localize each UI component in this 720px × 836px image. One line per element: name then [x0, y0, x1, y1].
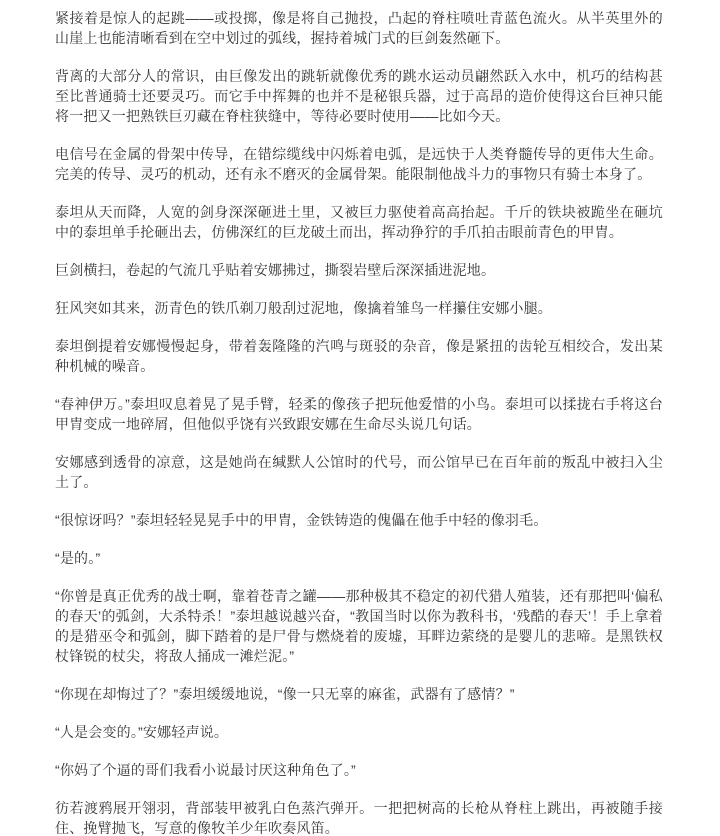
story-paragraph: 彷若渡鸦展开翎羽，背部装甲被乳白色蒸汽弹开。一把把树高的长枪从脊柱上跳出，再被随… [55, 798, 663, 836]
story-paragraph: 紧接着是惊人的起跳——或投掷，像是将自己抛投，凸起的脊柱喷吐青蓝色流火。从半英里… [55, 8, 663, 48]
story-paragraph: “很惊讶吗？”泰坦轻轻晃晃手中的甲胄，金铁铸造的傀儡在他手中轻的像羽毛。 [55, 510, 663, 530]
story-paragraph: 巨剑横扫，卷起的气流几乎贴着安娜拂过，撕裂岩壁后深深插进泥地。 [55, 260, 663, 280]
story-paragraph: “春神伊万。”泰坦叹息着晃了晃手臂，轻柔的像孩子把玩他爱惜的小鸟。泰坦可以揉拢右… [55, 394, 663, 434]
story-paragraph: 电信号在金属的骨架中传导，在错综缆线中闪烁着电弧，是远快于人类脊髓传导的更伟大生… [55, 144, 663, 184]
story-paragraph: “是的。” [55, 548, 663, 568]
story-paragraph: 背离的大部分人的常识，由巨像发出的跳斩就像优秀的跳水运动员翩然跃入水中，机巧的结… [55, 66, 663, 126]
story-paragraph: 泰坦从天而降，人宽的剑身深深砸进土里，又被巨力驱使着高高抬起。千斤的铁块被跪坐在… [55, 202, 663, 242]
novel-reader-page: 紧接着是惊人的起跳——或投掷，像是将自己抛投，凸起的脊柱喷吐青蓝色流火。从半英里… [0, 0, 720, 836]
story-paragraph: 狂风突如其来，沥青色的铁爪剃刀般刮过泥地，像擒着雏鸟一样攥住安娜小腿。 [55, 298, 663, 318]
story-paragraph: “人是会变的。”安娜轻声说。 [55, 722, 663, 742]
story-paragraph: “你妈了个逼的哥们我看小说最讨厌这种角色了。” [55, 760, 663, 780]
story-paragraph: “你现在却悔过了？”泰坦缓缓地说，“像一只无辜的麻雀，武器有了感情？” [55, 684, 663, 704]
story-paragraph: “你曾是真正优秀的战士啊，靠着苍青之罐——那种极其不稳定的初代猎人殖装，还有那把… [55, 586, 663, 666]
story-paragraph: 安娜感到透骨的凉意，这是她尚在缄默人公馆时的代号，而公馆早已在百年前的叛乱中被扫… [55, 452, 663, 492]
story-paragraph: 泰坦倒提着安娜慢慢起身，带着轰隆隆的汽鸣与斑驳的杂音，像是紧扭的齿轮互相绞合，发… [55, 336, 663, 376]
